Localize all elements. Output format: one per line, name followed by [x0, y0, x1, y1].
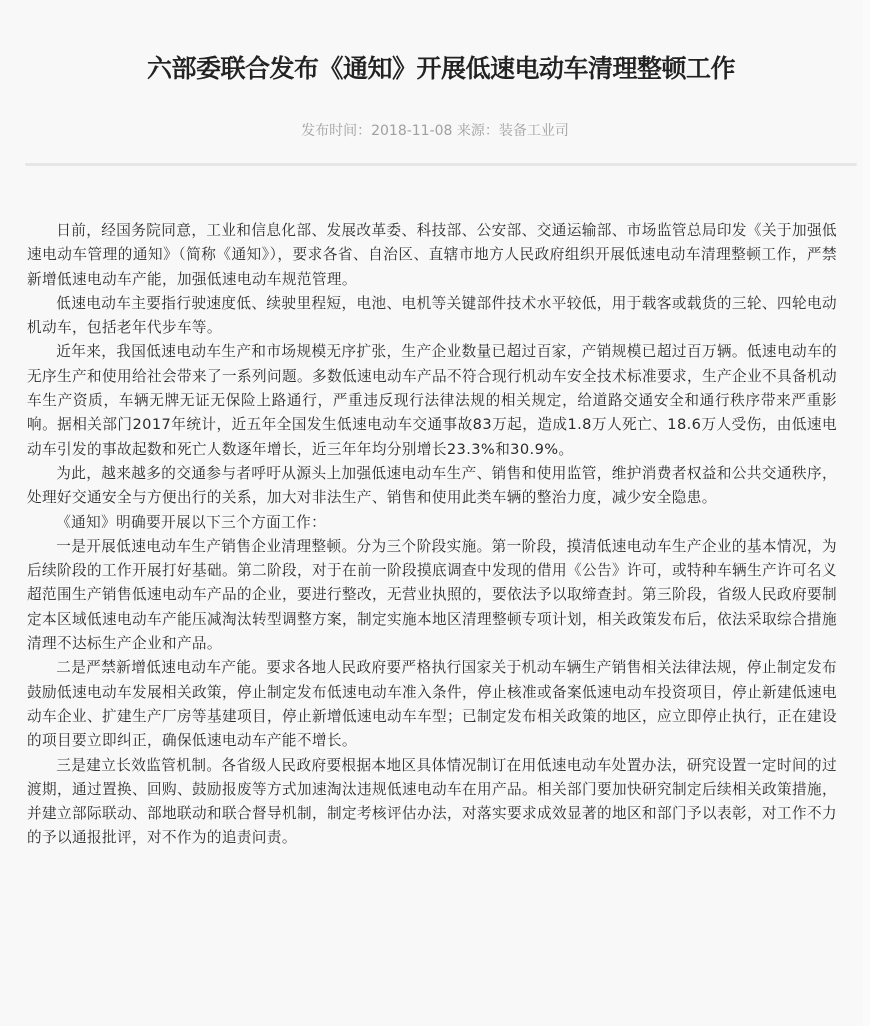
article: 六部委联合发布《通知》开展低速电动车清理整顿工作 发布时间：2018-11-08…	[0, 0, 863, 1026]
paragraph: 日前，经国务院同意，工业和信息化部、发展改革委、科技部、公安部、交通运输部、市场…	[27, 219, 837, 292]
paragraph: 一是开展低速电动车生产销售企业清理整顿。分为三个阶段实施。第一阶段，摸清低速电动…	[27, 535, 837, 656]
paragraph: 为此，越来越多的交通参与者呼吁从源头上加强低速电动车生产、销售和使用监管，维护消…	[27, 462, 837, 511]
paragraph: 《通知》明确要开展以下三个方面工作：	[27, 511, 837, 535]
divider	[25, 163, 857, 166]
paragraph: 近年来，我国低速电动车生产和市场规模无序扩张，生产企业数量已超过百家，产销规模已…	[27, 340, 837, 461]
article-title: 六部委联合发布《通知》开展低速电动车清理整顿工作	[0, 49, 870, 89]
page-edge	[863, 0, 870, 1026]
paragraph: 三是建立长效监管机制。各省级人民政府要根据本地区具体情况制订在用低速电动车处置办…	[27, 754, 837, 851]
article-meta: 发布时间：2018-11-08 来源：装备工业司	[0, 121, 870, 141]
paragraph: 低速电动车主要指行驶速度低、续驶里程短，电池、电机等关键部件技术水平较低，用于载…	[27, 292, 837, 341]
paragraph: 二是严禁新增低速电动车产能。要求各地人民政府要严格执行国家关于机动车辆生产销售相…	[27, 656, 837, 753]
article-body: 日前，经国务院同意，工业和信息化部、发展改革委、科技部、公安部、交通运输部、市场…	[27, 219, 837, 851]
